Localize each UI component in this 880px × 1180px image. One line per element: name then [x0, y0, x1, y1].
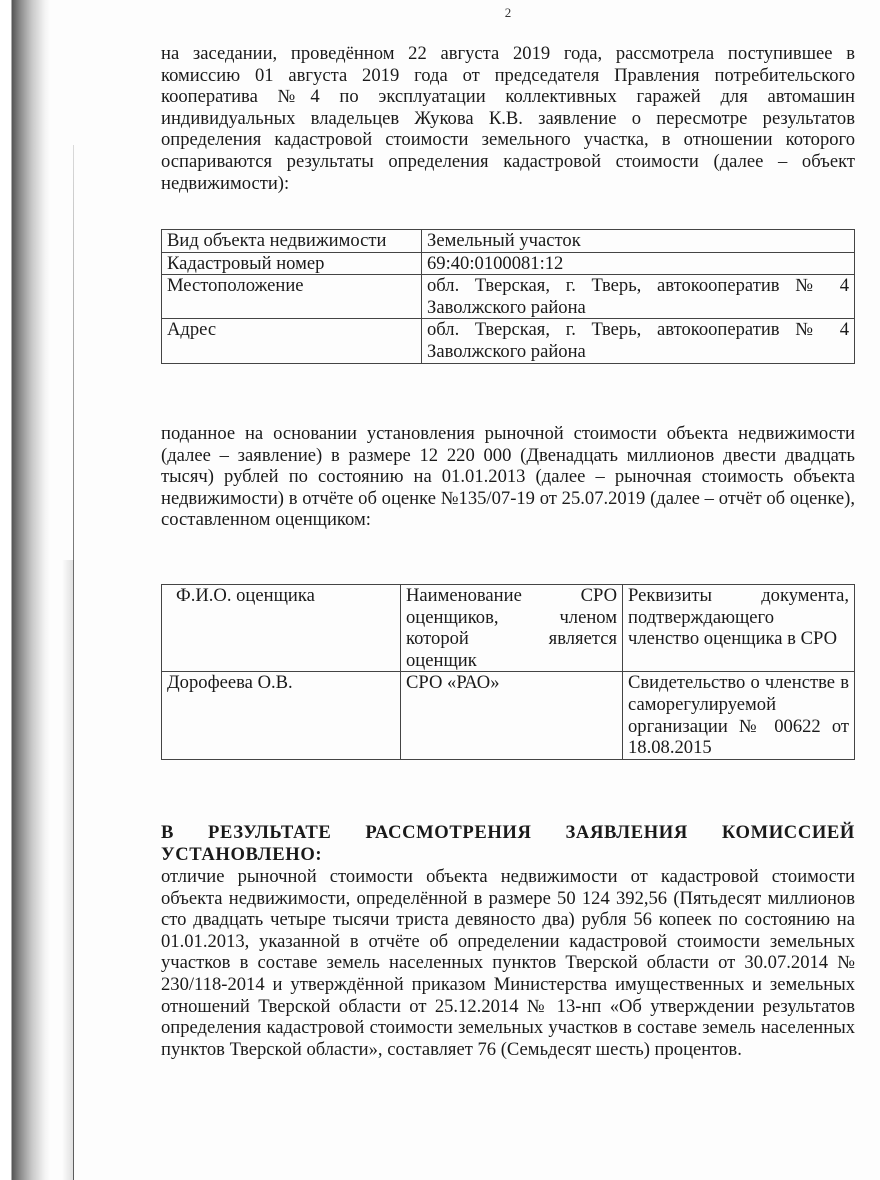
property-label: Местоположение: [162, 275, 422, 319]
appraiser-name: Дорофеева О.В.: [162, 672, 401, 759]
property-table: Вид объекта недвижимости Земельный участ…: [161, 229, 855, 364]
header-sro-name: Наименование СРО оценщиков, членом котор…: [401, 585, 623, 672]
property-label: Адрес: [162, 319, 422, 363]
property-value: обл. Тверская, г. Тверь, автокооператив …: [422, 319, 855, 363]
property-value: обл. Тверская, г. Тверь, автокооператив …: [422, 275, 855, 319]
result-heading: В РЕЗУЛЬТАТЕ РАССМОТРЕНИЯ ЗАЯВЛЕНИЯ КОМИ…: [161, 822, 855, 865]
sro-name: СРО «РАО»: [401, 672, 623, 759]
basis-paragraph: поданное на основании установления рыноч…: [161, 423, 855, 531]
property-value: 69:40:0100081:12: [422, 252, 855, 275]
table-row: Адрес обл. Тверская, г. Тверь, автокоопе…: [162, 319, 855, 363]
table-row: Кадастровый номер 69:40:0100081:12: [162, 252, 855, 275]
intro-paragraph: на заседании, проведённом 22 августа 201…: [161, 43, 855, 194]
appraiser-table: Ф.И.О. оценщика Наименование СРО оценщик…: [161, 584, 855, 760]
property-label: Вид объекта недвижимости: [162, 230, 422, 253]
property-label: Кадастровый номер: [162, 252, 422, 275]
scan-fold-line: [73, 145, 74, 1180]
table-row: Местоположение обл. Тверская, г. Тверь, …: [162, 275, 855, 319]
result-paragraph: отличие рыночной стоимости объекта недви…: [161, 866, 855, 1060]
scan-edge-shadow: [0, 0, 50, 1180]
table-header-row: Ф.И.О. оценщика Наименование СРО оценщик…: [162, 585, 855, 672]
table-row: Дорофеева О.В. СРО «РАО» Свидетельство о…: [162, 672, 855, 759]
header-membership-document: Реквизиты документа, подтверждающего чле…: [623, 585, 855, 672]
table-row: Вид объекта недвижимости Земельный участ…: [162, 230, 855, 253]
property-value: Земельный участок: [422, 230, 855, 253]
page-number: 2: [161, 6, 855, 20]
header-appraiser-name: Ф.И.О. оценщика: [162, 585, 401, 672]
membership-document: Свидетельство о членстве в саморегулируе…: [623, 672, 855, 759]
